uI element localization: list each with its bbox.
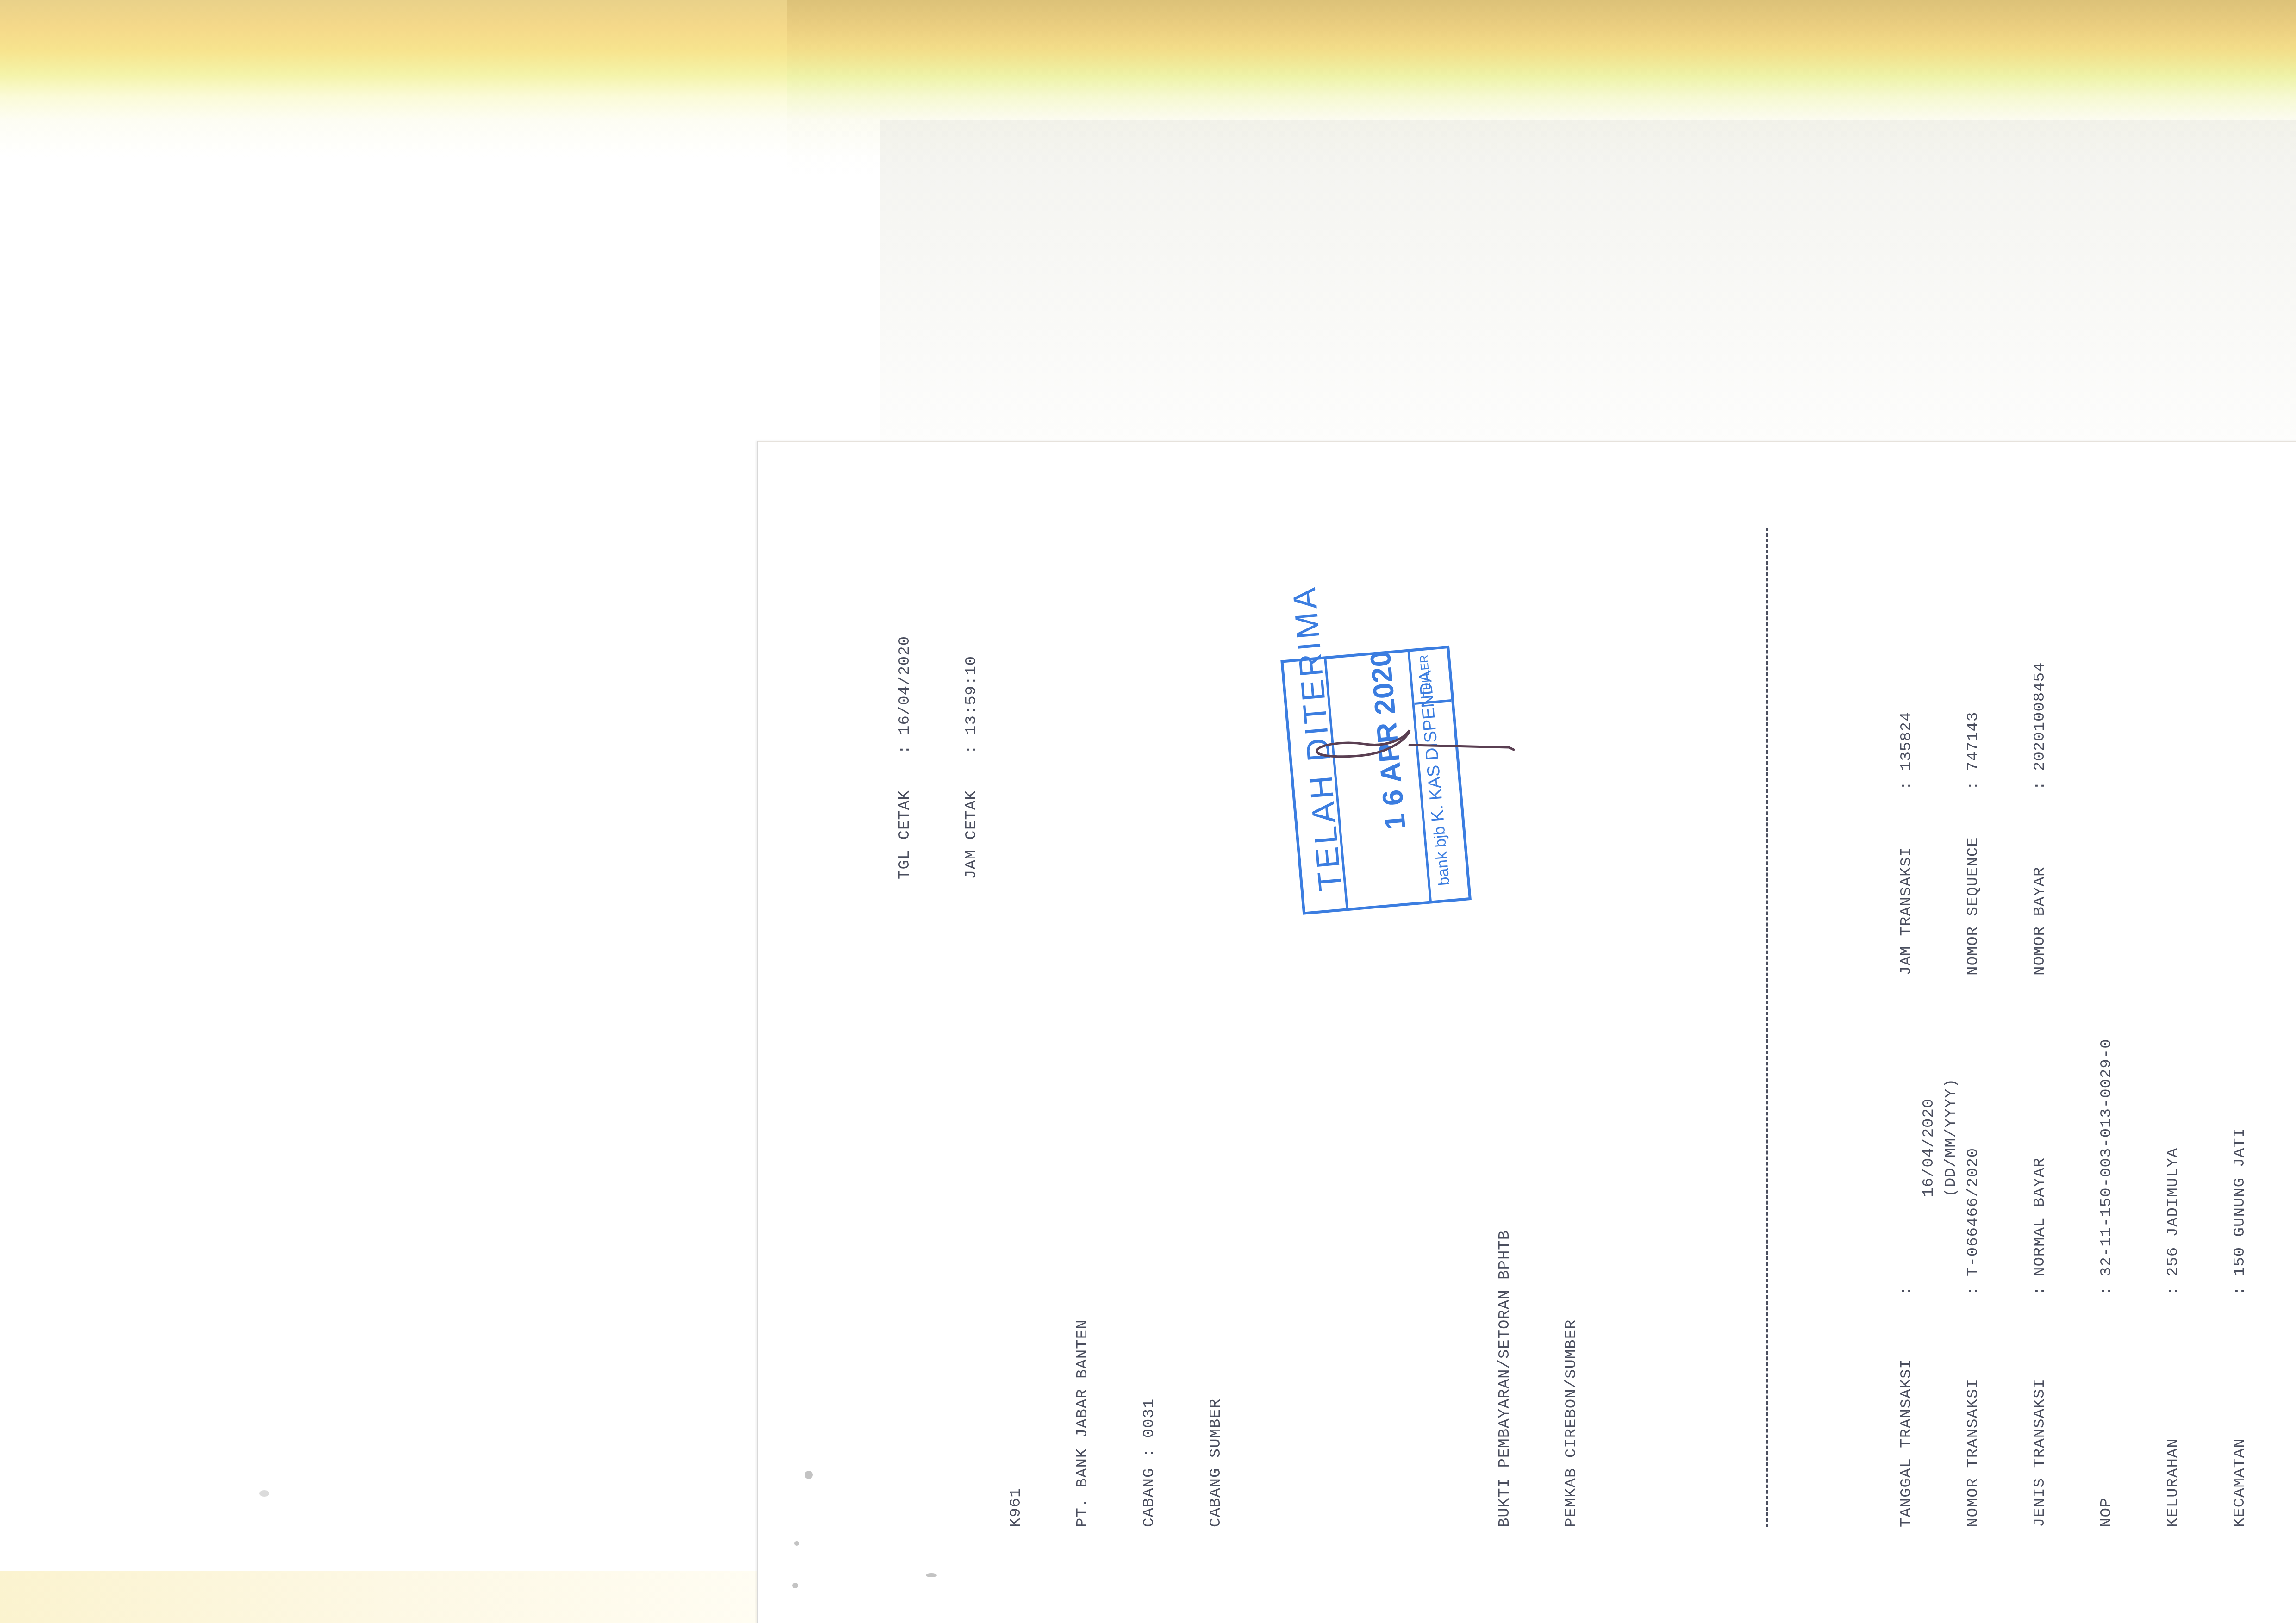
colon: : — [2229, 1276, 2251, 1296]
tx-time: 135824 — [1896, 712, 1918, 771]
bank-header: K961 PT. BANK JABAR BANTEN CABANG : 0031… — [961, 342, 1272, 1527]
speck — [805, 1471, 813, 1479]
tx-date: 16/04/2020 — [1920, 1098, 1938, 1197]
speck — [259, 1490, 269, 1497]
colon: : — [1896, 1276, 1918, 1296]
speck — [794, 1541, 799, 1546]
branch-name: SUMBER — [1205, 1399, 1227, 1458]
colon: : — [1138, 1438, 1160, 1468]
tx-number-label: NOMOR TRANSAKSI — [1962, 1296, 1984, 1527]
receipt-title: BUKTI PEMBAYARAN/SETORAN BPHTB PEMKAB CI… — [1449, 342, 1627, 1527]
print-info: TGL CETAK : 16/04/2020 JAM CETAK : 13:59… — [849, 636, 1027, 879]
branch-code-label: CABANG — [1138, 1468, 1160, 1527]
nop-label: NOP — [2096, 1296, 2118, 1527]
tx-type: NORMAL BAYAR — [2029, 976, 2051, 1276]
branch-code: 0031 — [1138, 1399, 1160, 1438]
scan-bottom-strip — [0, 1571, 768, 1623]
receipt-body: TGL CETAK : 16/04/2020 JAM CETAK : 13:59… — [849, 342, 1553, 1527]
divider-top — [1766, 528, 1779, 1527]
tx-date-label: TANGGAL TRANSAKSI — [1896, 1296, 1918, 1527]
speck — [792, 1583, 798, 1588]
kelurahan-label: KELURAHAN — [2162, 1296, 2184, 1527]
speck — [926, 1573, 937, 1577]
colon: : — [2029, 1276, 2051, 1296]
spacer — [1205, 1458, 1227, 1468]
colon: : — [894, 735, 916, 754]
title-line2: PEMKAB CIREBON/SUMBER — [1560, 1319, 1583, 1527]
colon: : — [1962, 1276, 1984, 1296]
print-time: 13:59:10 — [961, 656, 983, 735]
stamp-border: TELAH DITERIMA 1 6 APR 2020 bank bjb K. … — [1280, 646, 1472, 915]
colon: : — [1962, 771, 1984, 790]
tx-time-label: JAM TRANSAKSI — [1896, 790, 1918, 976]
tx-sequence: 747143 — [1962, 712, 1984, 771]
colon: : — [961, 735, 983, 754]
pay-number-label: NOMOR BAYAR — [2029, 790, 2051, 976]
received-stamp: TELAH DITERIMA 1 6 APR 2020 bank bjb K. … — [1280, 646, 1469, 918]
colon: : — [2162, 1276, 2184, 1296]
kecamatan-label: KECAMATAN — [2229, 1296, 2251, 1527]
signature — [1315, 727, 1518, 764]
kelurahan: 256 JADIMULYA — [2162, 1148, 2184, 1276]
colon: : — [1896, 771, 1918, 790]
tx-type-label: JENIS TRANSAKSI — [2029, 1296, 2051, 1527]
colon: : — [2029, 771, 2051, 790]
tx-date-format: (DD/MM/YYYY) — [1942, 1078, 1960, 1197]
branch-name-label: CABANG — [1205, 1468, 1227, 1527]
colon: : — [2096, 1276, 2118, 1296]
nop: 32-11-150-003-013-0029-0 — [2096, 1038, 2118, 1276]
bank-name: PT. BANK JABAR BANTEN — [1072, 1319, 1094, 1527]
transaction-details: TANGGAL TRANSAKSI : 16/04/2020 (DD/MM/YY… — [1851, 342, 2296, 1527]
pay-number: 20201008454 — [2029, 662, 2051, 771]
print-date: 16/04/2020 — [894, 636, 916, 735]
print-date-label: TGL CETAK — [894, 754, 916, 879]
kecamatan: 150 GUNUNG JATI — [2229, 1128, 2251, 1276]
tx-sequence-label: NOMOR SEQUENCE — [1962, 790, 1984, 976]
title-line1: BUKTI PEMBAYARAN/SETORAN BPHTB — [1494, 1230, 1516, 1527]
terminal-code: K961 — [1005, 1487, 1027, 1527]
tx-number: T-066466/2020 — [1962, 976, 1984, 1276]
tx-date-group: 16/04/2020 (DD/MM/YYYY) — [1896, 976, 1918, 1276]
print-time-label: JAM CETAK — [961, 754, 983, 879]
